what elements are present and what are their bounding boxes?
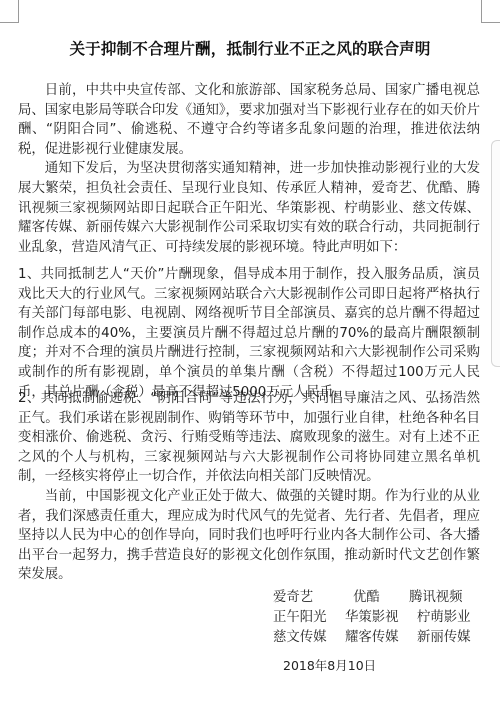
document-date: 2018年8月10日 <box>283 656 376 674</box>
signatory-name: 柠萌影业 <box>417 608 489 628</box>
paragraph-closing: 当前，中国影视文化产业正处于做大、做强的关键时期。作为行业的从业者，我们深感责任… <box>18 487 480 585</box>
paragraph-notice-response: 通知下发后，为坚决贯彻落实通知精神，进一步加快推动影视行业的大发展大繁荣，担负社… <box>18 159 480 257</box>
signatory-name: 爱奇艺 <box>273 588 345 608</box>
paragraph-clause-1: 1、共同抵制艺人“天价”片酬现象，倡导成本用于制作，投入服务品质，演员戏比天大的… <box>18 265 480 402</box>
clause-2-section: 2、共同抵制偷逃税、“阴阳合同”等违法行为，共同倡导廉洁之风、弘扬浩然正气。我们… <box>18 389 480 585</box>
intro-section: 日前，中共中央宣传部、文化和旅游部、国家税务总局、国家广播电视总局、国家电影局等… <box>18 81 480 257</box>
signatory-row: 正午阳光 华策影视 柠萌影业 <box>273 608 489 628</box>
page-corner-mark-top-left <box>0 0 19 23</box>
document-title: 关于抑制不合理片酬，抵制行业不正之风的联合声明 <box>0 37 500 59</box>
signatory-row: 慈文传媒 耀客传媒 新丽传媒 <box>273 628 489 648</box>
signatory-name: 慈文传媒 <box>273 628 345 648</box>
paragraph-intro: 日前，中共中央宣传部、文化和旅游部、国家税务总局、国家广播电视总局、国家电影局等… <box>18 81 480 159</box>
signatory-name: 耀客传媒 <box>345 628 417 648</box>
signatory-name: 新丽传媒 <box>417 628 489 648</box>
signatory-name: 华策影视 <box>345 608 417 628</box>
signatories-block: 爱奇艺 优酷 腾讯视频 正午阳光 华策影视 柠萌影业 慈文传媒 耀客传媒 新丽传… <box>273 588 489 648</box>
paragraph-clause-2: 2、共同抵制偷逃税、“阴阳合同”等违法行为，共同倡导廉洁之风、弘扬浩然正气。我们… <box>18 389 480 487</box>
signatory-name: 腾讯视频 <box>409 588 481 608</box>
clause-1-section: 1、共同抵制艺人“天价”片酬现象，倡导成本用于制作，投入服务品质，演员戏比天大的… <box>18 265 480 402</box>
page-corner-mark-top-right <box>481 0 500 23</box>
signatory-name: 正午阳光 <box>273 608 345 628</box>
signatory-row: 爱奇艺 优酷 腾讯视频 <box>273 588 489 608</box>
signatory-name: 优酷 <box>345 588 409 608</box>
scrollbar-thumb[interactable] <box>491 140 500 367</box>
